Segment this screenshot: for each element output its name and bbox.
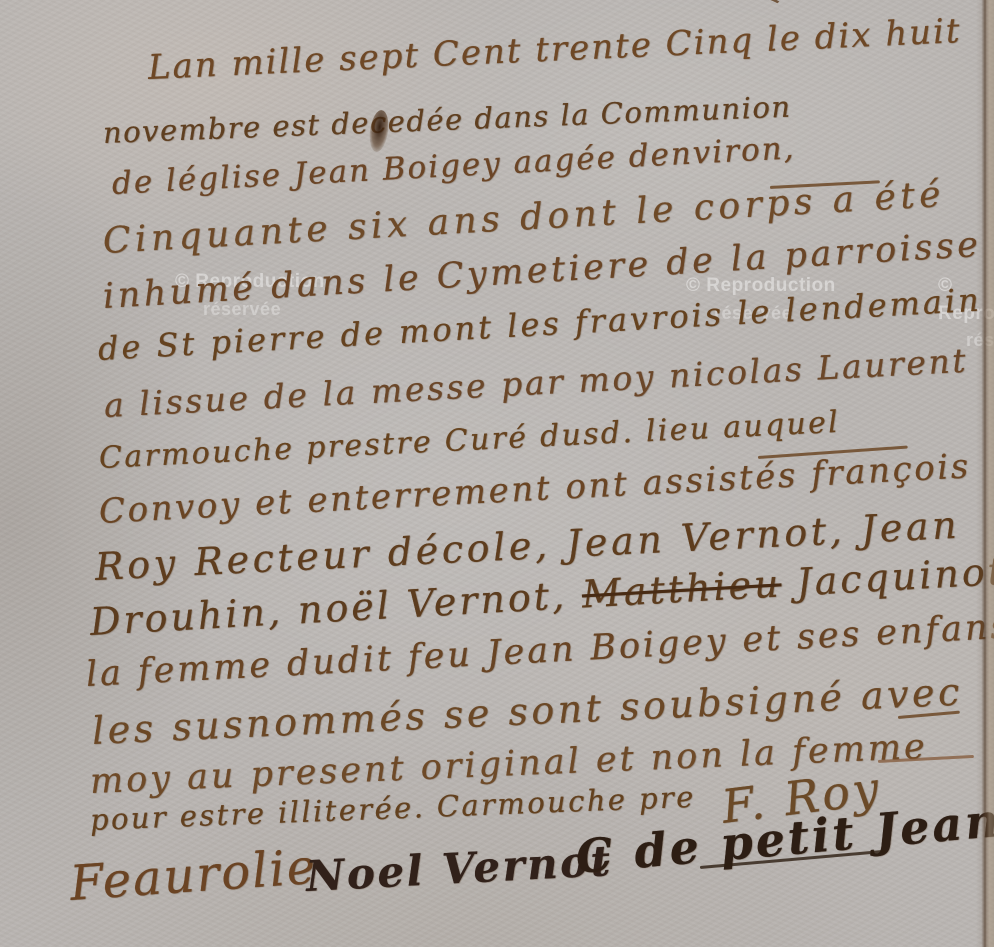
line-11-text: Jacquinot [780,549,994,605]
manuscript-page: © Reproduction réservée © Reproduction r… [0,0,994,947]
signature-feaurolie: Feaurolie [68,839,319,912]
signature-noel-vernot: Noel Vernot [305,836,614,901]
struck-out-word: Matthieu [581,561,783,616]
manuscript-line-01: Lan mille sept Cent trente Cinq le dix h… [147,11,962,88]
page-edge-shadow [976,0,994,947]
